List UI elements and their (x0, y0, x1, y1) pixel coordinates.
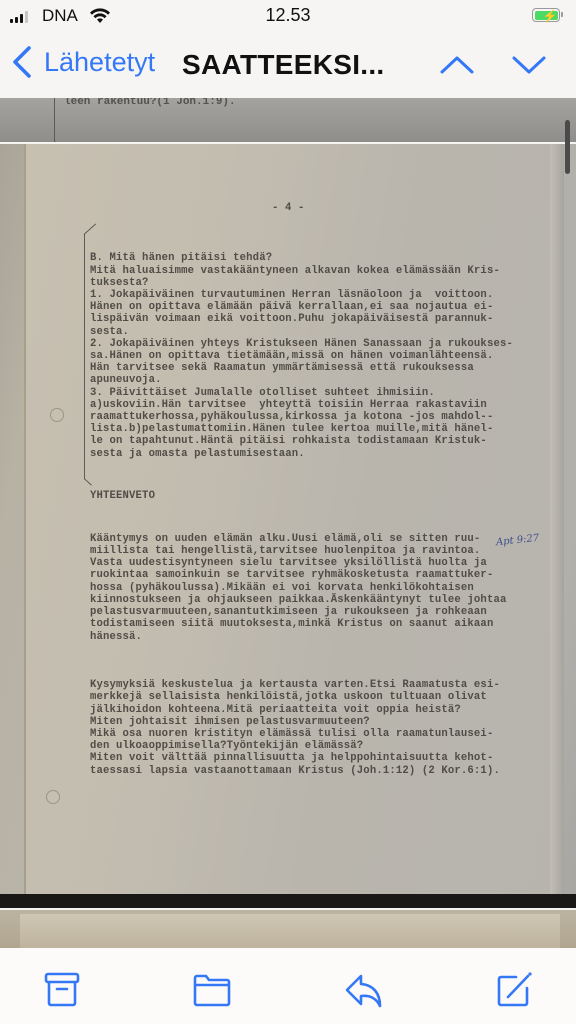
attachment-image-scanned-page[interactable]: - 4 - B. Mitä hänen pitäisi tehdä?Mitä h… (0, 144, 576, 908)
document-line: Mitä haluaisimme vastakääntyneen alkavan… (90, 265, 513, 277)
archive-box-icon (42, 970, 82, 1010)
compose-icon (494, 970, 534, 1010)
document-line: 1. Jokapäiväinen turvautuminen Herran lä… (90, 289, 513, 301)
reply-button[interactable] (344, 970, 384, 1010)
attachment-image-next[interactable] (0, 910, 576, 948)
typewritten-document: - 4 - B. Mitä hänen pitäisi tehdä?Mitä h… (90, 202, 550, 251)
previous-page-text: leen rakentuu?(1 Joh.1:9). (64, 98, 236, 108)
document-line: jälkihoidon kohteena.Mitä periaatteita v… (90, 704, 513, 716)
document-line: merkkejä sellaisista henkilöistä,jotka u… (90, 691, 513, 703)
document-line: pelastusvarmuuteen,sanantutkimiseen ja r… (90, 606, 513, 618)
summary-paragraph: Kääntymys on uuden elämän alku.Uusi eläm… (90, 533, 513, 643)
document-line: Kääntymys on uuden elämän alku.Uusi eläm… (90, 533, 513, 545)
back-button[interactable]: Lähetetyt (10, 44, 155, 80)
move-to-folder-button[interactable] (192, 970, 232, 1010)
reply-arrow-icon (344, 970, 384, 1010)
clock: 12.53 (0, 5, 576, 26)
document-line: lispäivän voimaan eikä voittoon.Puhu jok… (90, 313, 513, 325)
document-line: hossa (pyhäkoulussa).Mikään ei voi korva… (90, 582, 513, 594)
punch-hole (46, 790, 60, 804)
message-body[interactable]: leen rakentuu?(1 Joh.1:9). - 4 - B. Mitä… (0, 98, 576, 948)
document-line: raamattukerhossa,pyhäkoulussa,kirkossa j… (90, 411, 513, 423)
document-line: miillista tai hengellistä,tarvitsee huol… (90, 545, 513, 557)
document-line: sesta ja omasta pelastumisestaan. (90, 448, 513, 460)
document-line: a)uskoviin.Hän tarvitsee yhteyttä toisii… (90, 399, 513, 411)
document-line: tuksesta? (90, 277, 513, 289)
lightning-bolt-icon: ⚡ (543, 9, 558, 23)
next-message-button[interactable] (510, 50, 548, 80)
punch-hole (50, 408, 64, 422)
message-subject-title: SAATTEEKSI... (182, 49, 385, 81)
document-line: apuneuvoja. (90, 374, 513, 386)
chevron-up-icon (442, 58, 472, 72)
document-line: kiinnostukseen ja ohjaukseen paikkaa.Äsk… (90, 594, 513, 606)
document-line: den ulkoaoppimisella?Työntekijän elämäss… (90, 740, 513, 752)
folder-icon (192, 970, 232, 1010)
document-line: Kysymyksiä keskustelua ja kertausta vart… (90, 679, 513, 691)
document-line: Miten voit välttää pinnallisuutta ja hel… (90, 752, 513, 764)
document-line: Miten johtaisit ihmisen pelastusvarmuute… (90, 716, 513, 728)
document-line: lista.b)pelastumattomiin.Hänen tulee ker… (90, 423, 513, 435)
navigation-bar: Lähetetyt SAATTEEKSI... (0, 34, 576, 98)
document-line: taessasi lapsia vastaanottamaan Kristus … (90, 765, 513, 777)
archive-button[interactable] (42, 970, 82, 1010)
bottom-toolbar (0, 948, 576, 1024)
document-line: hänessä. (90, 631, 513, 643)
document-line: Hän tarvitsee sekä Raamatun ymmärtämises… (90, 362, 513, 374)
battery-charging-icon: ⚡ (532, 8, 560, 22)
chevron-down-icon (514, 58, 544, 72)
summary-heading: YHTEENVETO (90, 490, 513, 502)
document-line: 2. Jokapäiväinen yhteys Kristukseen Häne… (90, 338, 513, 350)
back-label: Lähetetyt (44, 47, 155, 78)
section-b: B. Mitä hänen pitäisi tehdä?Mitä haluais… (90, 252, 513, 459)
paper-edge (550, 144, 564, 894)
document-line: Hänen on opittava elämään päivä kerralla… (90, 301, 513, 313)
status-bar: DNA 12.53 ⚡ (0, 0, 576, 34)
document-line: Mikä osa nuoren kristityn elämässä tulis… (90, 728, 513, 740)
document-line: 3. Päivittäiset Jumalalle otolliset suht… (90, 387, 513, 399)
document-line: sesta. (90, 326, 513, 338)
document-line: sa.Hänen on opittava tietämään,missä on … (90, 350, 513, 362)
previous-message-button[interactable] (438, 50, 476, 80)
questions-paragraph: Kysymyksiä keskustelua ja kertausta vart… (90, 679, 513, 777)
document-line: le on tapahtunut.Häntä pitäisi rohkaista… (90, 435, 513, 447)
photo-background (0, 894, 576, 908)
page-number: - 4 - (272, 202, 305, 214)
document-line: ruokintaa samoinkuin se tarvitsee ryhmäk… (90, 569, 513, 581)
compose-button[interactable] (494, 970, 534, 1010)
document-line: Vasta uudestisyntyneen sielu tarvitsee y… (90, 557, 513, 569)
document-line: todistamiseen siitä muutoksesta,minkä Kr… (90, 618, 513, 630)
scrollbar[interactable] (565, 120, 570, 174)
chevron-left-icon (10, 44, 34, 80)
document-line: B. Mitä hänen pitäisi tehdä? (90, 252, 513, 264)
scanned-paper (20, 914, 560, 948)
attachment-image-previous[interactable]: leen rakentuu?(1 Joh.1:9). (0, 98, 576, 142)
